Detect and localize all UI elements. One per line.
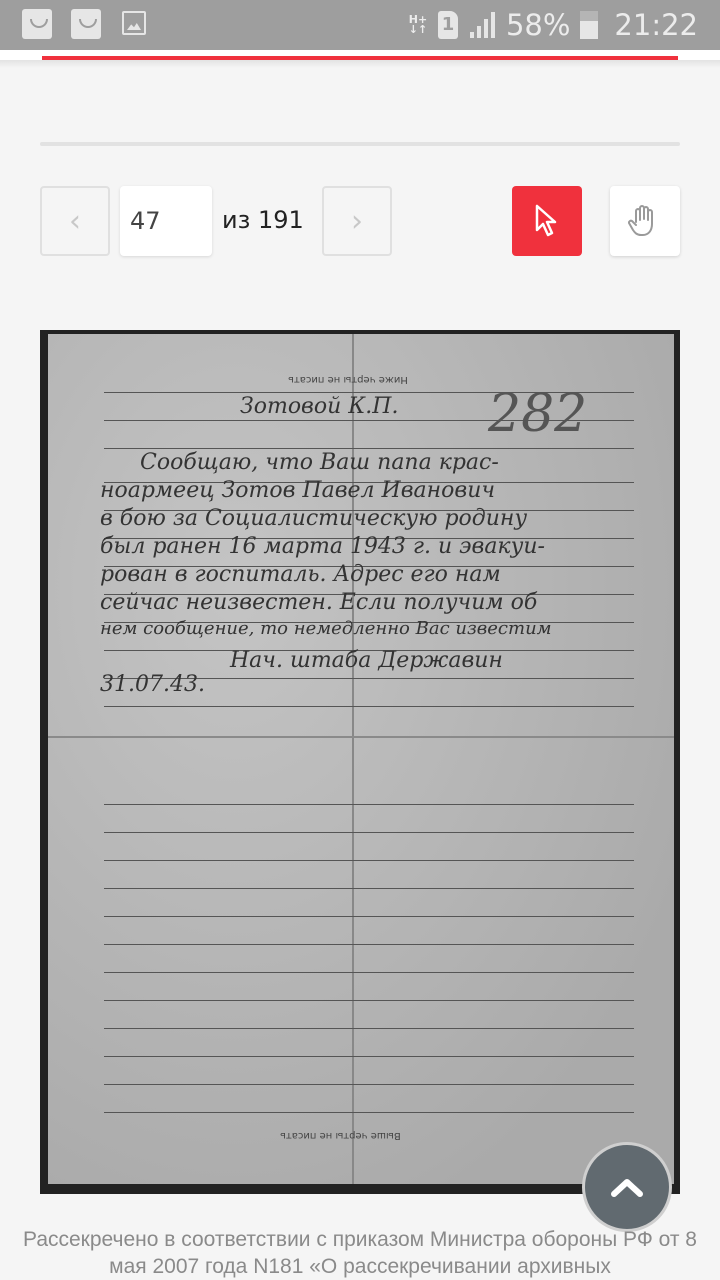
handwritten-line: Сообщаю, что Ваш папа крас- [140, 450, 499, 475]
handwritten-line: ноармеец Зотов Павел Иванович [100, 478, 495, 503]
document-scan[interactable]: Ниже черты не писать 282 Зотовой К.П. Со… [40, 330, 680, 1194]
image-icon [122, 11, 146, 35]
document-number-stamp: 282 [488, 384, 587, 444]
handwritten-line: в бою за Социалистическую родину [100, 506, 527, 531]
clock: 21:22 [614, 8, 698, 42]
prev-page-button[interactable]: ‹ [40, 186, 110, 256]
pan-tool-button[interactable] [610, 186, 680, 256]
handwritten-date: 31.07.43. [100, 672, 205, 697]
select-tool-button[interactable] [512, 186, 582, 256]
handwritten-line: нем сообщение, то немедленно Вас извести… [100, 618, 552, 639]
page-number-input[interactable] [120, 186, 212, 256]
printed-header: Ниже черты не писать [288, 374, 408, 385]
handwritten-signature: Нач. штаба Державин [230, 648, 503, 673]
handwritten-line: Зотовой К.П. [240, 394, 398, 419]
header-shadow [0, 60, 720, 68]
cursor-icon [534, 203, 560, 239]
network-type-icon: H+↓↑ [408, 15, 428, 35]
battery-icon [580, 11, 598, 39]
sim-card-icon: 1 [438, 11, 458, 39]
printed-footer: Выше черты не писать [280, 1130, 401, 1141]
chevron-left-icon: ‹ [69, 204, 81, 239]
shopping-bag-icon [71, 9, 101, 39]
next-page-button[interactable]: › [322, 186, 392, 256]
document-paper: Ниже черты не писать 282 Зотовой К.П. Со… [48, 334, 674, 1184]
declassification-note: Рассекречено в соответствии с приказом М… [20, 1226, 700, 1280]
battery-percent: 58% [506, 8, 570, 42]
status-bar: H+↓↑ 1 58% 21:22 [0, 0, 720, 50]
chevron-up-icon [609, 1175, 645, 1199]
shopping-bag-icon [22, 9, 52, 39]
handwritten-line: был ранен 16 марта 1943 г. и эвакуи- [100, 534, 545, 559]
handwritten-line: рован в госпиталь. Адрес его нам [100, 562, 501, 587]
hand-icon [626, 202, 664, 240]
handwritten-line: сейчас неизвестен. Если получим об [100, 590, 537, 615]
chevron-right-icon: › [351, 204, 363, 239]
page-total-label: из 191 [222, 206, 304, 234]
fold-line [48, 736, 674, 738]
signal-strength-icon [468, 12, 496, 38]
section-divider [40, 142, 680, 146]
scroll-to-top-button[interactable] [582, 1142, 672, 1232]
